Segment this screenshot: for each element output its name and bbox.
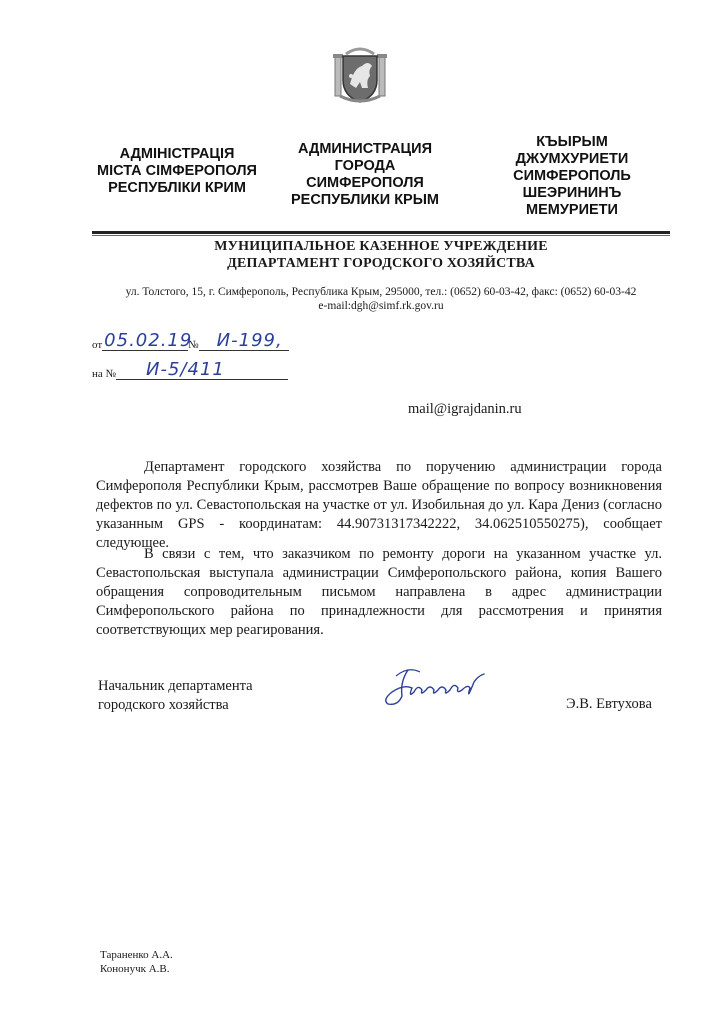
executor-name: Кононучк А.В. bbox=[100, 962, 173, 976]
org-line: МУНИЦИПАЛЬНОЕ КАЗЕННОЕ УЧРЕЖДЕНИЕ bbox=[92, 238, 670, 255]
recipient-email: mail@igrajdanin.ru bbox=[408, 401, 522, 418]
signatory-name: Э.В. Евтухова bbox=[566, 696, 652, 713]
header-line: СИМФЕРОПОЛЬ bbox=[488, 168, 656, 185]
reply-registration: на №И-5/411 bbox=[92, 365, 288, 380]
executor-name: Тараненко А.А. bbox=[100, 948, 173, 962]
reply-number: И-5/411 bbox=[146, 359, 225, 380]
paragraph-text: Департамент городского хозяйства по пору… bbox=[96, 458, 662, 553]
header-line: АДМІНІСТРАЦІЯ bbox=[92, 146, 262, 163]
outgoing-registration: от05.02.19№И-199, bbox=[92, 336, 289, 351]
outgoing-date: 05.02.19 bbox=[104, 330, 192, 351]
org-line: ДЕПАРТАМЕНТ ГОРОДСКОГО ХОЗЯЙСТВА bbox=[92, 255, 670, 272]
body-paragraph-2: В связи с тем, что заказчиком по ремонту… bbox=[96, 545, 662, 640]
org-email: e-mail:dgh@simf.rk.gov.ru bbox=[92, 299, 670, 313]
body-paragraph-1: Департамент городского хозяйства по пору… bbox=[96, 458, 662, 553]
executors: Тараненко А.А. Кононучк А.В. bbox=[100, 948, 173, 976]
title-line: Начальник департамента bbox=[98, 677, 253, 696]
paragraph-text: В связи с тем, что заказчиком по ремонту… bbox=[96, 545, 662, 640]
header-line: МЕМУРИЕТИ bbox=[488, 202, 656, 219]
outgoing-number: И-199, bbox=[217, 330, 283, 351]
header-line: РЕСПУБЛІКИ КРИМ bbox=[92, 180, 262, 197]
letterhead-ukrainian: АДМІНІСТРАЦІЯ МІСТА СІМФЕРОПОЛЯ РЕСПУБЛІ… bbox=[92, 146, 262, 197]
header-line: РЕСПУБЛИКИ КРЫМ bbox=[275, 192, 455, 209]
header-line: ШЕЭРИНИНЪ bbox=[488, 185, 656, 202]
reply-label: на № bbox=[92, 368, 116, 380]
header-line: ДЖУМХУРИЕТИ bbox=[488, 151, 656, 168]
organization-name: МУНИЦИПАЛЬНОЕ КАЗЕННОЕ УЧРЕЖДЕНИЕ ДЕПАРТ… bbox=[92, 238, 670, 272]
header-divider bbox=[92, 231, 670, 234]
handwritten-signature bbox=[378, 662, 518, 712]
header-line: КЪЫРЫМ bbox=[488, 134, 656, 151]
from-label: от bbox=[92, 339, 102, 351]
letterhead-russian: АДМИНИСТРАЦИЯ ГОРОДА СИМФЕРОПОЛЯ РЕСПУБЛ… bbox=[275, 141, 455, 209]
address: ул. Толстого, 15, г. Симферополь, Респуб… bbox=[92, 285, 670, 299]
header-line: АДМИНИСТРАЦИЯ bbox=[275, 141, 455, 158]
address-block: ул. Толстого, 15, г. Симферополь, Респуб… bbox=[92, 285, 670, 313]
signatory-title: Начальник департамента городского хозяйс… bbox=[98, 677, 253, 715]
header-line: ГОРОДА СИМФЕРОПОЛЯ bbox=[275, 158, 455, 192]
header-divider-thin bbox=[92, 235, 670, 236]
letterhead-crimean-tatar: КЪЫРЫМ ДЖУМХУРИЕТИ СИМФЕРОПОЛЬ ШЕЭРИНИНЪ… bbox=[488, 134, 656, 219]
crimea-coat-of-arms-icon bbox=[332, 44, 388, 108]
title-line: городского хозяйства bbox=[98, 696, 253, 715]
header-line: МІСТА СІМФЕРОПОЛЯ bbox=[92, 163, 262, 180]
